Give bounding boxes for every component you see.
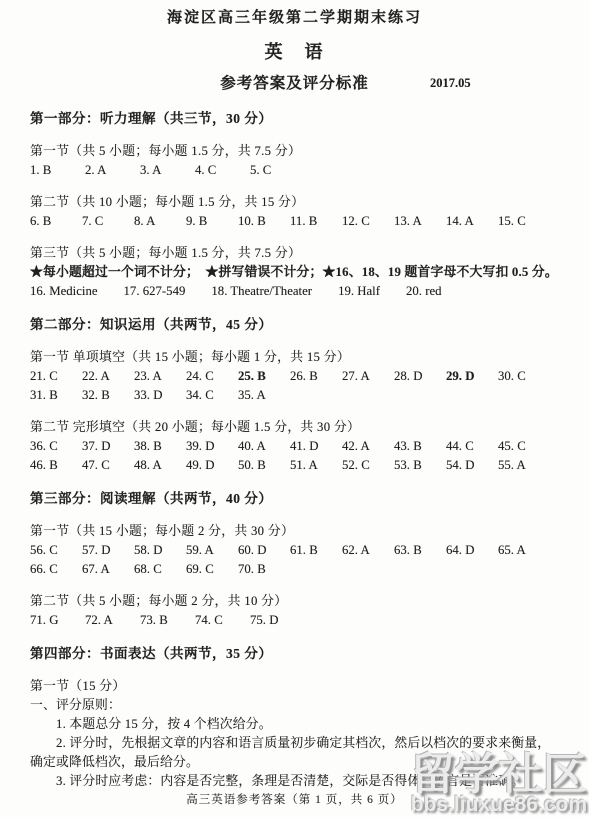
answer: 47. C: [82, 456, 134, 475]
answer: 57. D: [82, 541, 134, 560]
section-heading: 第二节（共 5 小题；每小题 2 分，共 10 分）: [30, 592, 559, 611]
section-heading: 第一节 单项填空（共 15 小题；每小题 1 分，共 15 分）: [30, 348, 559, 367]
answer-body: 第一部分：听力理解（共三节，30 分）第一节（共 5 小题；每小题 1.5 分，…: [30, 109, 559, 791]
answer: 10. B: [238, 212, 290, 231]
doc-subtitle: 参考答案及评分标准: [30, 73, 559, 95]
section: 第一节 单项填空（共 15 小题；每小题 1 分，共 15 分）21. C22.…: [30, 348, 559, 405]
answer: 12. C: [342, 212, 394, 231]
answer-row: 71. G72. A73. B74. C75. D: [30, 611, 559, 630]
answer: 59. A: [186, 541, 238, 560]
answer: 58. D: [134, 541, 186, 560]
answer: 22. A: [82, 367, 134, 386]
page-footer: 高三英语参考答案（第 1 页，共 6 页）: [0, 791, 589, 807]
answer: 71. G: [30, 611, 85, 630]
answer: 38. B: [134, 437, 186, 456]
answer: 33. D: [134, 386, 186, 405]
answer: 46. B: [30, 456, 82, 475]
answer: 49. D: [186, 456, 238, 475]
rubric-line: 确定或降低档次，最后给分。: [30, 753, 559, 772]
answer: 66. C: [30, 560, 82, 579]
part-3: 第三部分：阅读理解（共两节，40 分）第一节（共 15 小题；每小题 2 分，共…: [30, 489, 559, 630]
answer-row: 46. B47. C48. A49. D50. B51. A52. C53. B…: [30, 456, 559, 475]
answer: 5. C: [250, 161, 305, 180]
part-4: 第四部分：书面表达（共两节，35 分）第一节（15 分）一、评分原则：1. 本题…: [30, 644, 559, 791]
answer: 62. A: [342, 541, 394, 560]
part-2: 第二部分：知识运用（共两节，45 分）第一节 单项填空（共 15 小题；每小题 …: [30, 315, 559, 475]
answer: 25. B: [238, 367, 290, 386]
answer-row: 56. C57. D58. D59. A60. D61. B62. A63. B…: [30, 541, 559, 560]
answer: 50. B: [238, 456, 290, 475]
section: 第二节（共 10 小题；每小题 1.5 分，共 15 分）6. B7. C8. …: [30, 193, 559, 231]
answer: 34. C: [186, 386, 238, 405]
section-heading: 第二节 完形填空（共 20 小题；每小题 1.5 分，共 30 分）: [30, 418, 559, 437]
section-heading: 第一节（共 5 小题；每小题 1.5 分，共 7.5 分）: [30, 142, 559, 161]
answer: 14. A: [446, 212, 498, 231]
subtitle-row: 参考答案及评分标准 2017.05: [30, 73, 559, 95]
part-1: 第一部分：听力理解（共三节，30 分）第一节（共 5 小题；每小题 1.5 分，…: [30, 109, 559, 301]
answer: 70. B: [238, 560, 290, 579]
answer: 48. A: [134, 456, 186, 475]
answer: 55. A: [498, 456, 550, 475]
answer: 31. B: [30, 386, 82, 405]
doc-date: 2017.05: [430, 76, 471, 91]
answer: 39. D: [186, 437, 238, 456]
answer: 1. B: [30, 161, 85, 180]
answer: 51. A: [290, 456, 342, 475]
answer-row: 6. B7. C8. A9. B10. B11. B12. C13. A14. …: [30, 212, 559, 231]
section: 第三节（共 5 小题；每小题 1.5 分，共 7.5 分）★每小题超过一个词不计…: [30, 244, 559, 301]
answer: 41. D: [290, 437, 342, 456]
rubric-line: 3. 评分时应考虑：内容是否完整，条理是否清楚，交际是否得体，语言是否准确。: [30, 772, 559, 791]
part-heading: 第三部分：阅读理解（共两节，40 分）: [30, 489, 559, 509]
answer: 13. A: [394, 212, 446, 231]
part-heading: 第二部分：知识运用（共两节，45 分）: [30, 315, 559, 335]
answer: 21. C: [30, 367, 82, 386]
scoring-note: ★每小题超过一个词不计分； ★拼写错误不计分；★16、18、19 题首字母不大写…: [30, 263, 559, 282]
section: 第二节（共 5 小题；每小题 2 分，共 10 分）71. G72. A73. …: [30, 592, 559, 630]
answer: 2. A: [85, 161, 140, 180]
answer: 16. Medicine: [30, 282, 98, 301]
answer: 11. B: [290, 212, 342, 231]
answer: 40. A: [238, 437, 290, 456]
section: 第一节（共 5 小题；每小题 1.5 分，共 7.5 分）1. B2. A3. …: [30, 142, 559, 180]
answer-row: 36. C37. D38. B39. D40. A41. D42. A43. B…: [30, 437, 559, 456]
section: 第一节（15 分）一、评分原则：1. 本题总分 15 分，按 4 个档次给分。2…: [30, 677, 559, 791]
answer: 60. D: [238, 541, 290, 560]
answer: 69. C: [186, 560, 238, 579]
answer: 37. D: [82, 437, 134, 456]
answer: 68. C: [134, 560, 186, 579]
answer-row: 31. B32. B33. D34. C35. A: [30, 386, 559, 405]
answer: 35. A: [238, 386, 290, 405]
answer: 45. C: [498, 437, 550, 456]
answer: 6. B: [30, 212, 82, 231]
answer: 20. red: [406, 282, 442, 301]
answer: 15. C: [498, 212, 550, 231]
answer: 56. C: [30, 541, 82, 560]
answer: 74. C: [195, 611, 250, 630]
answer: 30. C: [498, 367, 550, 386]
answer-row: 21. C22. A23. A24. C25. B26. B27. A28. D…: [30, 367, 559, 386]
answer: 44. C: [446, 437, 498, 456]
section-heading: 第三节（共 5 小题；每小题 1.5 分，共 7.5 分）: [30, 244, 559, 263]
answer: 19. Half: [338, 282, 380, 301]
answer: 3. A: [140, 161, 195, 180]
answer: 65. A: [498, 541, 550, 560]
answer: 75. D: [250, 611, 305, 630]
answer: 53. B: [394, 456, 446, 475]
answer-row: 66. C67. A68. C69. C70. B: [30, 560, 559, 579]
answer-row: 16. Medicine17. 627-54918. Theatre/Theat…: [30, 282, 559, 301]
part-heading: 第四部分：书面表达（共两节，35 分）: [30, 644, 559, 664]
answer: 67. A: [82, 560, 134, 579]
answer-row: 1. B2. A3. A4. C5. C: [30, 161, 559, 180]
doc-title: 海淀区高三年级第二学期期末练习: [30, 8, 559, 28]
section: 第一节（共 15 小题；每小题 2 分，共 30 分）56. C57. D58.…: [30, 522, 559, 579]
answer: 17. 627-549: [124, 282, 186, 301]
part-heading: 第一部分：听力理解（共三节，30 分）: [30, 109, 559, 129]
section-heading: 第二节（共 10 小题；每小题 1.5 分，共 15 分）: [30, 193, 559, 212]
section-heading: 第一节（共 15 小题；每小题 2 分，共 30 分）: [30, 522, 559, 541]
answer: 28. D: [394, 367, 446, 386]
answer: 7. C: [82, 212, 134, 231]
answer: 54. D: [446, 456, 498, 475]
answer: 61. B: [290, 541, 342, 560]
answer: 36. C: [30, 437, 82, 456]
answer: 26. B: [290, 367, 342, 386]
answer: 8. A: [134, 212, 186, 231]
answer: 23. A: [134, 367, 186, 386]
answer: 18. Theatre/Theater: [211, 282, 312, 301]
answer: 4. C: [195, 161, 250, 180]
answer: 24. C: [186, 367, 238, 386]
rubric-line: 一、评分原则：: [30, 696, 559, 715]
answer: 9. B: [186, 212, 238, 231]
answer: 63. B: [394, 541, 446, 560]
rubric-line: 2. 评分时，先根据文章的内容和语言质量初步确定其档次，然后以档次的要求来衡量，: [30, 734, 559, 753]
answer: 42. A: [342, 437, 394, 456]
rubric-line: 1. 本题总分 15 分，按 4 个档次给分。: [30, 715, 559, 734]
answer: 32. B: [82, 386, 134, 405]
answer: 64. D: [446, 541, 498, 560]
section-heading: 第一节（15 分）: [30, 677, 559, 696]
answer: 52. C: [342, 456, 394, 475]
answer: 43. B: [394, 437, 446, 456]
section: 第二节 完形填空（共 20 小题；每小题 1.5 分，共 30 分）36. C3…: [30, 418, 559, 475]
answer: 72. A: [85, 611, 140, 630]
answer: 73. B: [140, 611, 195, 630]
answer: 29. D: [446, 367, 498, 386]
answer: 27. A: [342, 367, 394, 386]
doc-subject: 英 语: [30, 40, 559, 64]
document-page: 海淀区高三年级第二学期期末练习 英 语 参考答案及评分标准 2017.05 第一…: [0, 0, 589, 817]
